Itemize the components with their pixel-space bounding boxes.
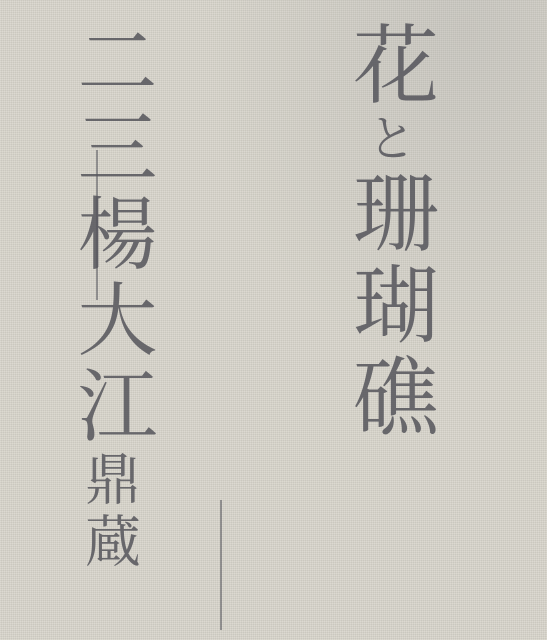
canvas-back: 花と珊瑚礁 二三楊大江 鼎蔵: [0, 0, 547, 640]
signature-text: 二三: [64, 20, 157, 192]
title-char: 礁: [338, 352, 438, 444]
signature-text: 鼎蔵: [76, 450, 141, 574]
title-char: 瑚: [338, 260, 438, 352]
title-char: 珊: [338, 168, 438, 260]
pencil-stroke: [220, 500, 222, 630]
signature-text: 大江: [64, 278, 157, 450]
signature-inscription-upper: 二三楊大江: [70, 20, 150, 450]
title-char: と: [359, 112, 417, 168]
pencil-stroke: [96, 150, 98, 300]
title-inscription: 花と珊瑚礁: [345, 20, 431, 444]
signature-text: 楊: [64, 192, 157, 278]
signature-inscription-lower: 鼎蔵: [80, 450, 136, 574]
title-char: 花: [338, 20, 438, 112]
